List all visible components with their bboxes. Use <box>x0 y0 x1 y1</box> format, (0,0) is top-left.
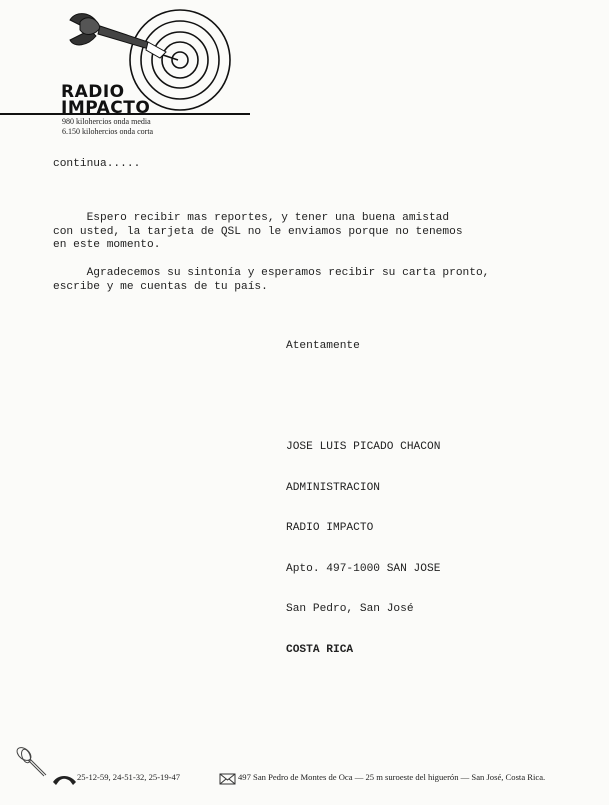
po-box: Apto. 497-1000 SAN JOSE <box>286 563 440 577</box>
envelope-icon <box>220 774 235 784</box>
continuation-text: continua..... <box>53 158 140 172</box>
body-paragraph: Agradecemos su sintonía y esperamos reci… <box>53 267 573 294</box>
signature-block: JOSE LUIS PICADO CHACON ADMINISTRACION R… <box>286 414 440 671</box>
microphone-icon <box>15 745 46 776</box>
letterhead-rule <box>0 113 250 115</box>
frequency-sw: 6.150 kilohercios onda corta <box>62 127 153 136</box>
footer-graphics <box>0 740 609 800</box>
city: San Pedro, San José <box>286 603 440 617</box>
frequency-am: 980 kilohercios onda media <box>62 117 151 126</box>
signer-name: JOSE LUIS PICADO CHACON <box>286 441 440 455</box>
telephone-icon <box>53 776 76 785</box>
closing-text: Atentamente <box>286 340 360 354</box>
body-paragraph: Espero recibir mas reportes, y tener una… <box>53 212 573 253</box>
country: COSTA RICA <box>286 644 440 658</box>
footer-address: 497 San Pedro de Montes de Oca — 25 m su… <box>238 772 545 782</box>
footer-phones: 25-12-59, 24-51-32, 25-19-47 <box>77 772 180 782</box>
brand-line-2: IMPACTO <box>61 98 150 118</box>
footer <box>0 740 609 800</box>
signer-department: ADMINISTRACION <box>286 482 440 496</box>
letterhead-logo: RADIO IMPACTO 980 kilohercios onda media… <box>0 0 250 145</box>
signer-organization: RADIO IMPACTO <box>286 522 440 536</box>
